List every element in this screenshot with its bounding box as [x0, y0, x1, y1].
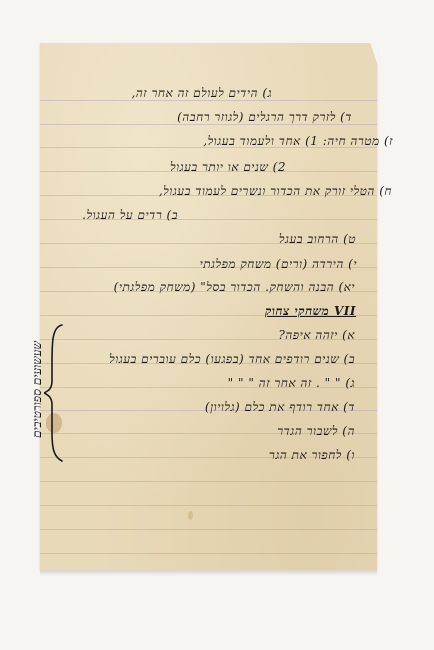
- manuscript-line: ב) רדים על העגול.: [82, 208, 178, 223]
- manuscript-line: ז) מטרה חיה: 1) אחד ולעמוד בעגול,: [203, 134, 393, 149]
- manuscript-line: א) יזהה איפה?: [278, 328, 355, 343]
- manuscript-line: ד) לזרק דרך הרגלים (לגוזר רחבה): [177, 110, 352, 125]
- manuscript-line: ג) הידים לעולם זה אחר זה,: [131, 86, 272, 101]
- ruled-line: [40, 529, 377, 530]
- manuscript-line: ד) אחד רודף את כלם (גלויון): [205, 400, 355, 415]
- section-heading: VII משחקי צחוק: [265, 304, 356, 319]
- manuscript-line: ה) לשבור הגדר: [277, 424, 355, 439]
- margin-note: שעשועים ספורטיבים: [30, 338, 54, 438]
- paper-torn-corner: [370, 42, 378, 66]
- ruled-line: [40, 505, 377, 506]
- manuscript-line: ו) לחפור את הגר: [269, 448, 355, 463]
- ruled-line: [40, 481, 377, 482]
- manuscript-line: 2) שנים או יותר בעגול: [170, 160, 286, 175]
- paper-edge-shadow: [40, 570, 377, 576]
- manuscript-line: ח) הטלי זורק את הכדור ונשרים לעמוד בעגול…: [159, 184, 392, 199]
- manuscript-line: יא) הבנה והשחק. הכדור בסל" (משחק מפלגתי): [114, 280, 355, 295]
- manuscript-line: ג) " " . זה אחר זה " " ": [228, 376, 355, 391]
- manuscript-line: ט) הרחוב בעגל: [279, 232, 356, 247]
- manuscript-line: ב) שנים רודפים אחד (בפגעו) כלם עוברים בע…: [109, 352, 355, 367]
- ruled-line: [40, 553, 377, 554]
- paper-stain: [188, 511, 193, 520]
- manuscript-line: י) הירדה (ורים) משחק מפלגתי: [200, 257, 357, 272]
